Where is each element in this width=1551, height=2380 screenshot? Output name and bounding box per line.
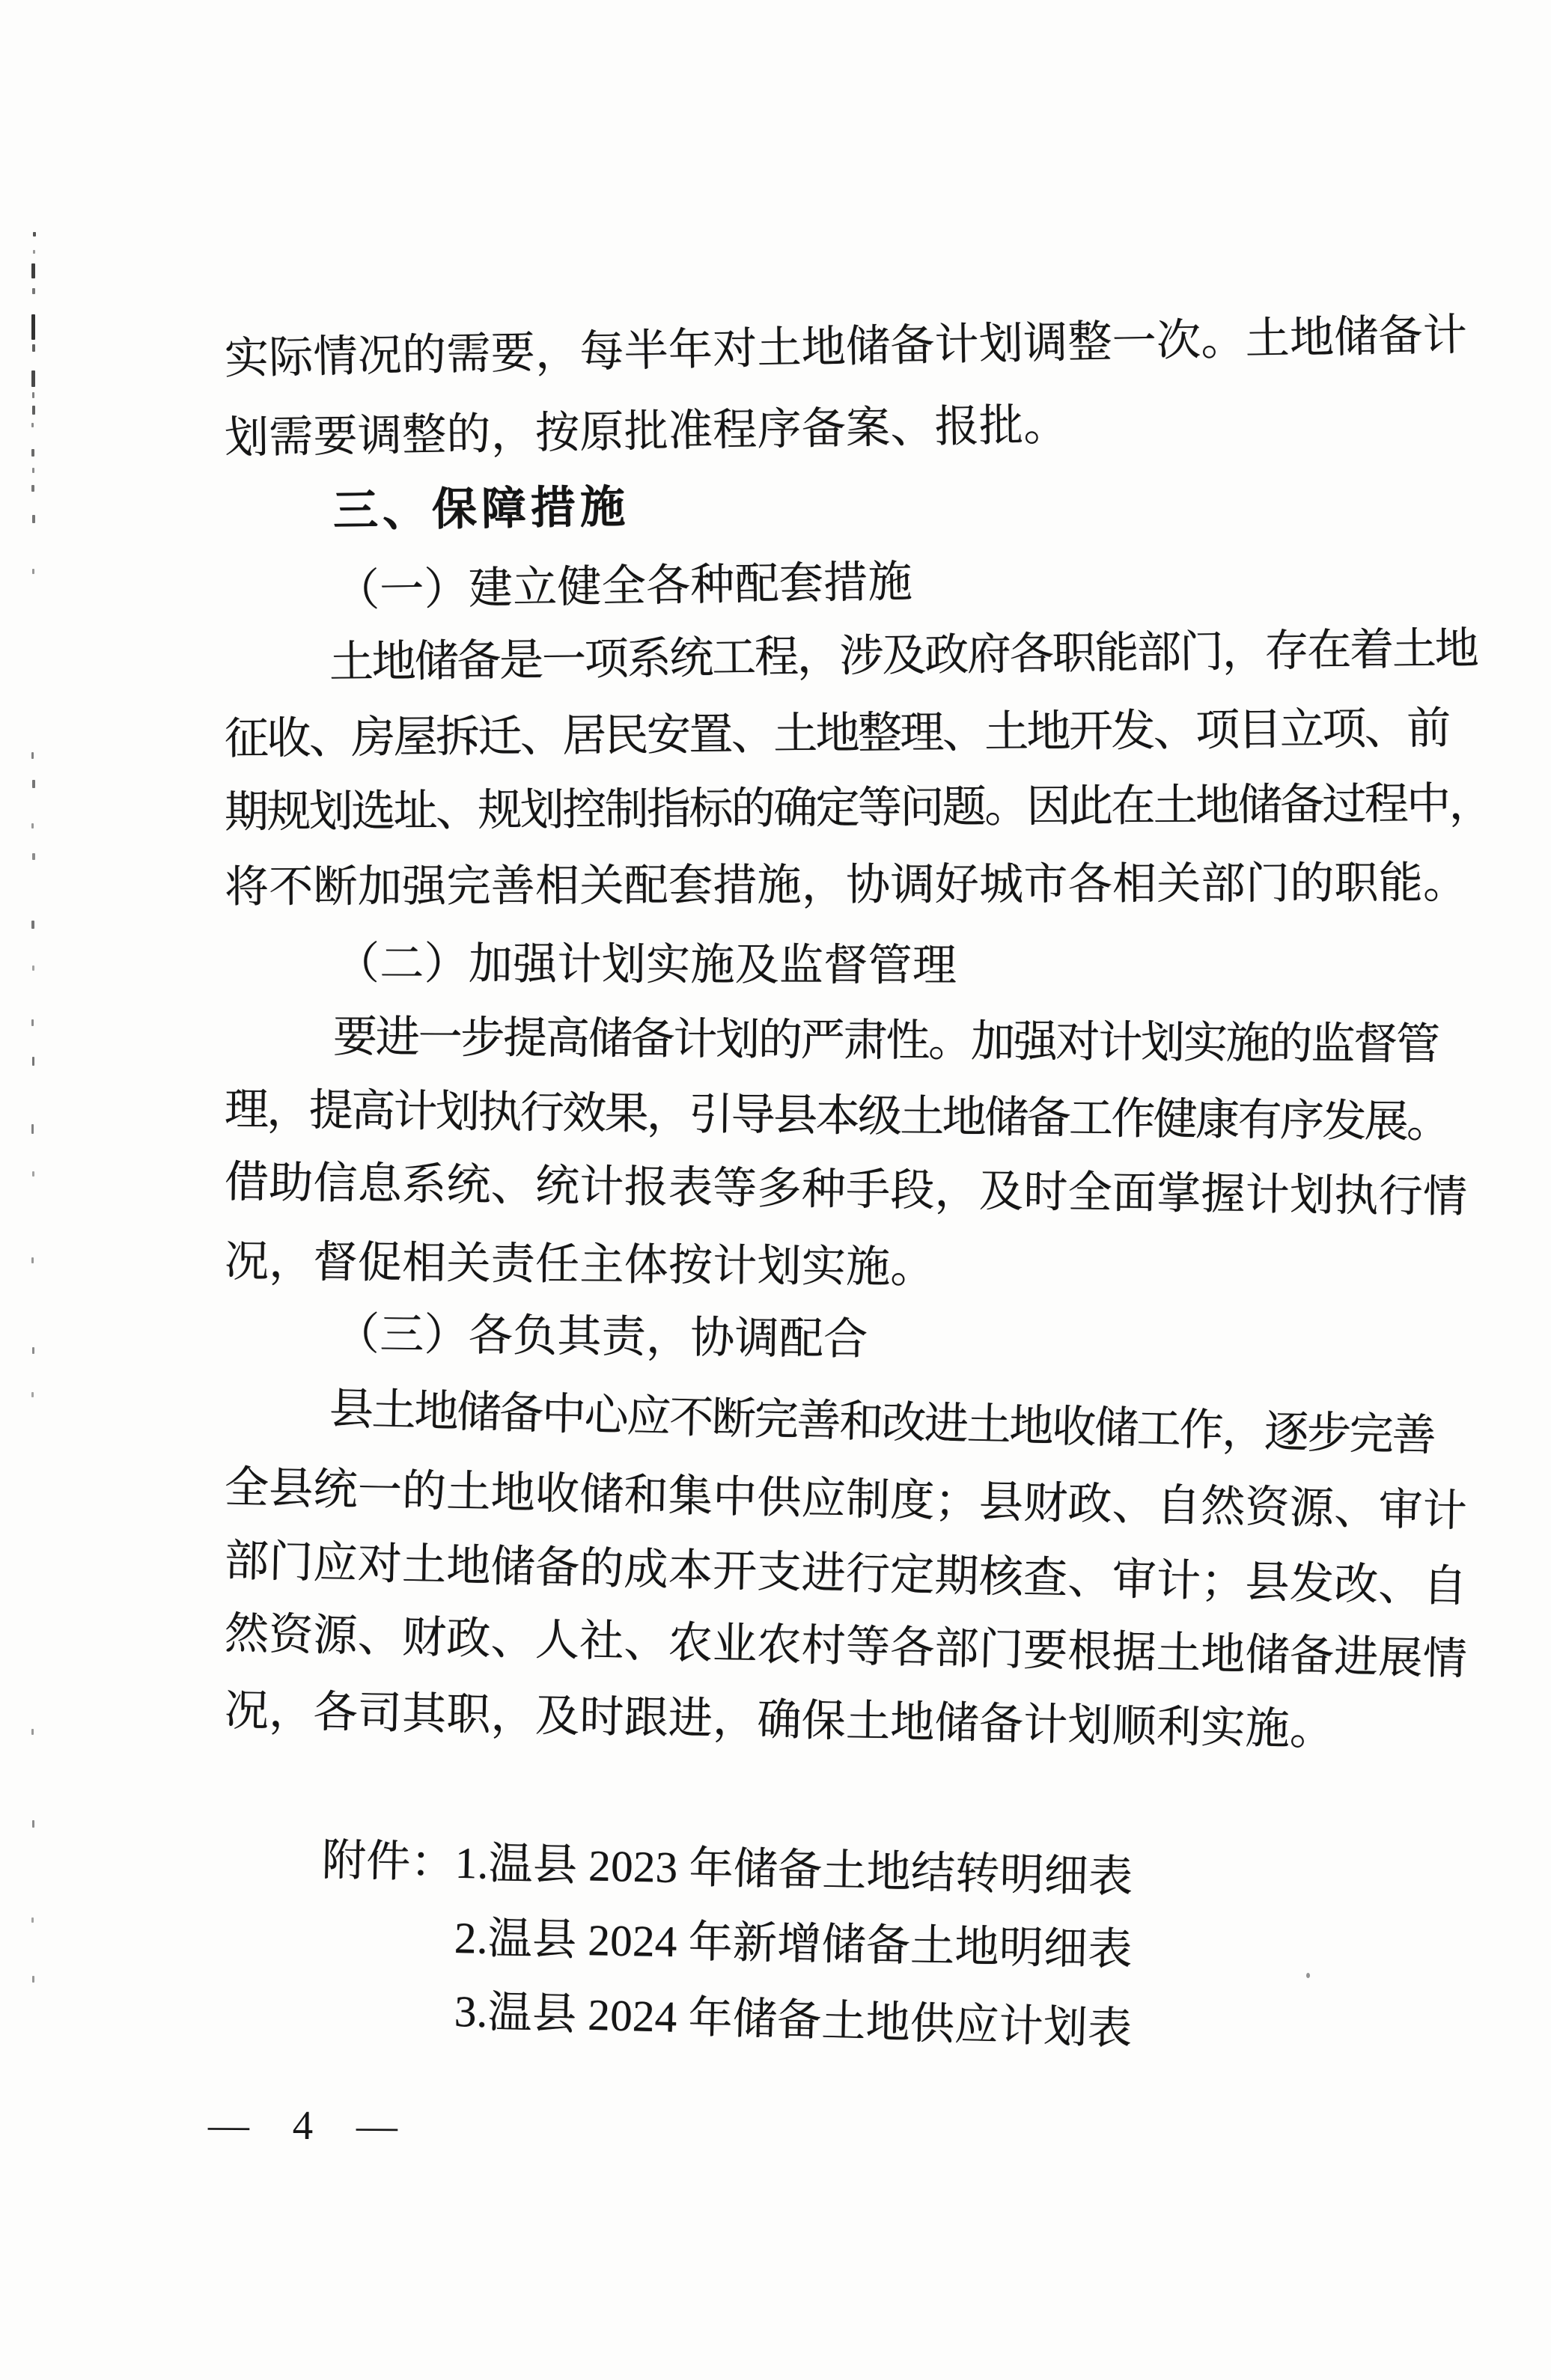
scan-artifact xyxy=(31,1257,34,1263)
scan-artifact xyxy=(633,1251,637,1256)
section-heading: 三、保障措施 xyxy=(332,479,630,539)
body-line: 征收、房屋拆迁、居民安置、土地整理、土地开发、项目立项、前 xyxy=(225,701,1449,766)
scan-artifact xyxy=(32,569,34,574)
scan-artifact xyxy=(31,314,35,340)
scan-artifact xyxy=(31,1917,34,1923)
scanned-document-page: 实际情况的需要，每半年对土地储备计划调整一次。土地储备计 划需要调整的，按原批准… xyxy=(0,0,1551,2380)
body-line: 将不断加强完善相关配套措施，协调好城市各相关部门的职能。 xyxy=(225,855,1468,915)
page-number: — 4 — xyxy=(208,2101,414,2149)
body-line: 然资源、财政、人社、农业农村等各部门要根据土地储备进展情 xyxy=(224,1605,1468,1687)
scan-artifact xyxy=(32,288,35,294)
body-line: 要进一步提高储备计划的严肃性。加强对计划实施的监督管 xyxy=(333,1009,1439,1072)
body-line: 划需要调整的，按原批准程序备案、报批。 xyxy=(224,397,1068,466)
body-line: 况，督促相关责任主体按计划实施。 xyxy=(225,1233,935,1295)
body-line: 县土地储备中心应不断完善和改进土地收储工作，逐步完善 xyxy=(329,1381,1435,1463)
attachment-line: 2.温县 2024 年新增储备土地明细表 xyxy=(454,1910,1133,1977)
scan-artifact xyxy=(32,1976,34,1983)
scan-artifact xyxy=(33,232,36,237)
attachment-line: 附件：1.温县 2023 年储备土地结转明细表 xyxy=(321,1832,1133,1905)
body-line: 期规划选址、规划控制指标的确定等问题。因此在土地储备过程中， xyxy=(225,775,1491,840)
body-line: 况，各司其职，及时跟进，确保土地储备计划顺利实施。 xyxy=(224,1682,1335,1757)
scan-artifact xyxy=(31,1392,34,1397)
scan-artifact xyxy=(31,423,34,427)
body-line: 土地储备是一项系统工程，涉及政府各职能部门，存在着土地 xyxy=(329,620,1478,690)
body-line: 实际情况的需要，每半年对土地储备计划调整一次。土地储备计 xyxy=(224,307,1468,386)
scan-artifact xyxy=(31,263,35,278)
scan-artifact xyxy=(31,823,34,829)
scan-artifact xyxy=(32,468,34,473)
scan-artifact xyxy=(32,515,35,523)
scan-artifact xyxy=(32,1347,34,1354)
scan-artifact xyxy=(32,853,35,860)
body-line: 部门应对土地储备的成本开支进行定期核查、审计；县发改、自 xyxy=(224,1533,1468,1614)
scan-artifact xyxy=(33,250,35,254)
scan-artifact xyxy=(31,370,35,387)
scan-artifact xyxy=(31,485,34,492)
scan-artifact xyxy=(32,1171,34,1177)
attachment-line: 3.温县 2024 年储备土地供应计划表 xyxy=(454,1983,1133,2057)
body-line: 借助信息系统、统计报表等多种手段，及时全面掌握计划执行情 xyxy=(225,1154,1468,1224)
body-line: 全县统一的土地收储和集中供应制度；县财政、自然资源、审计 xyxy=(224,1459,1468,1539)
scan-artifact xyxy=(32,344,35,352)
sub-heading: （二）加强计划实施及监督管理 xyxy=(335,936,957,993)
scan-artifact xyxy=(31,1124,34,1134)
scan-artifact xyxy=(31,752,34,759)
scan-artifact xyxy=(32,406,35,415)
scan-artifact xyxy=(1306,1973,1310,1978)
scan-artifact xyxy=(32,1057,34,1066)
scan-artifact xyxy=(31,921,34,929)
scan-artifact xyxy=(32,780,35,788)
scan-artifact xyxy=(31,449,34,457)
scan-artifact xyxy=(32,965,34,971)
scan-artifact xyxy=(31,1019,34,1026)
scan-artifact xyxy=(32,1820,34,1828)
sub-heading: （一）建立健全各种配套措施 xyxy=(335,554,912,618)
body-line: 理，提高计划执行效果，引导县本级土地储备工作健康有序发展。 xyxy=(225,1081,1449,1150)
scan-artifact xyxy=(32,392,34,398)
scan-artifact xyxy=(31,1729,34,1735)
sub-heading: （三）各负其责，协调配合 xyxy=(335,1306,868,1367)
